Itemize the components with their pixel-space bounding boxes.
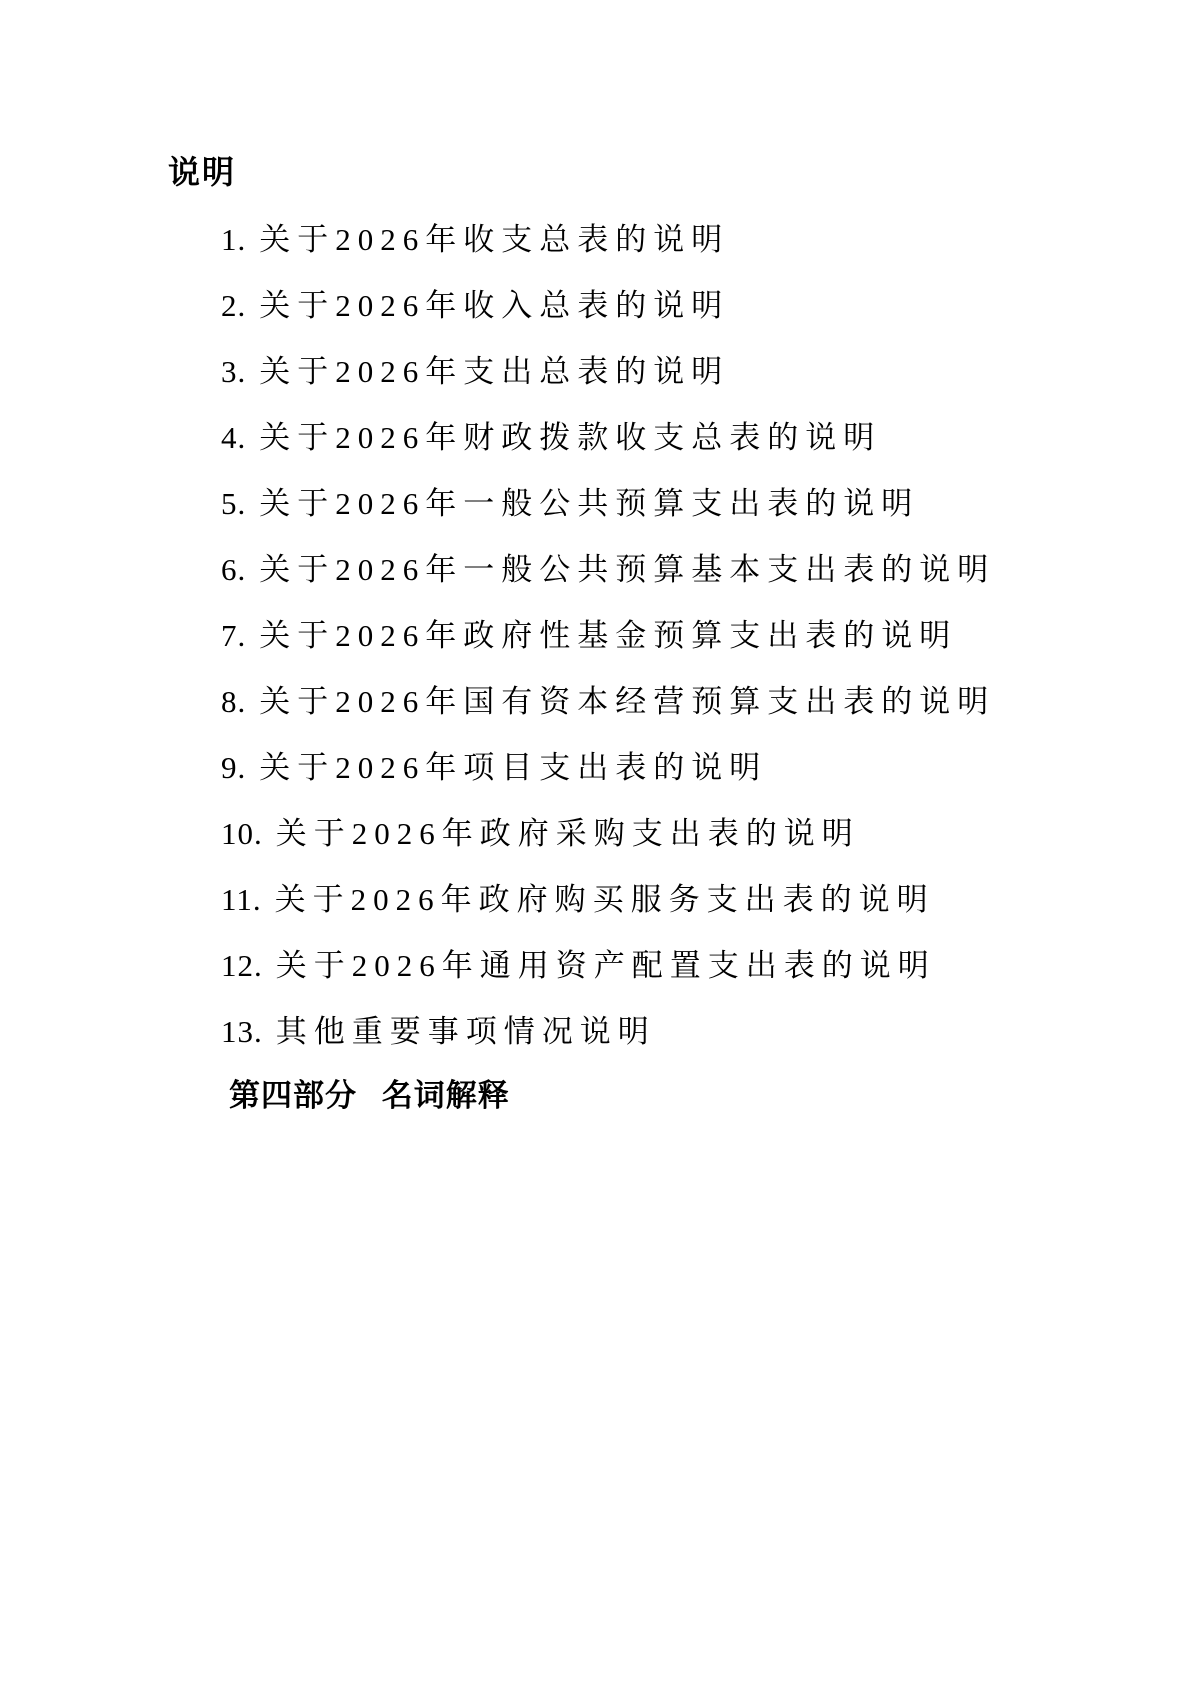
toc-item: 10.关于2026年政府采购支出表的说明: [221, 801, 995, 867]
toc-item-label: 关于2026年财政拨款收支总表的说明: [259, 420, 881, 455]
toc-item: 8.关于2026年国有资本经营预算支出表的说明: [221, 669, 995, 735]
toc-item-number: 9.: [221, 750, 246, 785]
toc-item-label: 关于2026年政府性基金预算支出表的说明: [259, 618, 957, 653]
toc-item: 9.关于2026年项目支出表的说明: [221, 735, 995, 801]
toc-item-label: 关于2026年政府购买服务支出表的说明: [275, 882, 935, 917]
toc-item-label: 关于2026年收入总表的说明: [259, 288, 729, 323]
toc-item-label: 关于2026年项目支出表的说明: [259, 750, 767, 785]
toc-item-number: 7.: [221, 618, 246, 653]
toc-item-number: 2.: [221, 288, 246, 323]
toc-item-label: 关于2026年通用资产配置支出表的说明: [276, 948, 936, 983]
toc-item-number: 6.: [221, 552, 246, 587]
toc-item-label: 关于2026年收支总表的说明: [259, 222, 729, 257]
toc-item-label: 关于2026年一般公共预算基本支出表的说明: [259, 552, 995, 587]
toc-item-number: 5.: [221, 486, 246, 521]
document-page: 说明 1.关于2026年收支总表的说明 2.关于2026年收入总表的说明 3.关…: [0, 0, 1190, 1684]
toc-item: 7.关于2026年政府性基金预算支出表的说明: [221, 603, 995, 669]
toc-item-number: 11.: [221, 882, 262, 917]
toc-item-label: 关于2026年政府采购支出表的说明: [276, 816, 860, 851]
toc-item-number: 13.: [221, 1014, 263, 1049]
toc-item-number: 8.: [221, 684, 246, 719]
toc-item: 6.关于2026年一般公共预算基本支出表的说明: [221, 537, 995, 603]
toc-item: 1.关于2026年收支总表的说明: [221, 207, 995, 273]
toc-item: 5.关于2026年一般公共预算支出表的说明: [221, 471, 995, 537]
toc-item: 13.其他重要事项情况说明: [221, 999, 995, 1065]
toc-item-label: 关于2026年支出总表的说明: [259, 354, 729, 389]
toc-item: 2.关于2026年收入总表的说明: [221, 273, 995, 339]
toc-item-number: 4.: [221, 420, 246, 455]
toc-item-label: 关于2026年国有资本经营预算支出表的说明: [259, 684, 995, 719]
closing-heading: 第四部分 名词解释: [229, 1080, 510, 1111]
toc-item-number: 3.: [221, 354, 246, 389]
section-heading: 说明: [168, 156, 236, 188]
toc-item-label: 关于2026年一般公共预算支出表的说明: [259, 486, 919, 521]
toc-item-number: 1.: [221, 222, 246, 257]
toc-item: 4.关于2026年财政拨款收支总表的说明: [221, 405, 995, 471]
toc-item-label: 其他重要事项情况说明: [276, 1014, 656, 1049]
toc-item: 3.关于2026年支出总表的说明: [221, 339, 995, 405]
toc-list: 1.关于2026年收支总表的说明 2.关于2026年收入总表的说明 3.关于20…: [221, 207, 995, 1065]
toc-item-number: 10.: [221, 816, 263, 851]
toc-item: 12.关于2026年通用资产配置支出表的说明: [221, 933, 995, 999]
toc-item-number: 12.: [221, 948, 263, 983]
toc-item: 11.关于2026年政府购买服务支出表的说明: [221, 867, 995, 933]
